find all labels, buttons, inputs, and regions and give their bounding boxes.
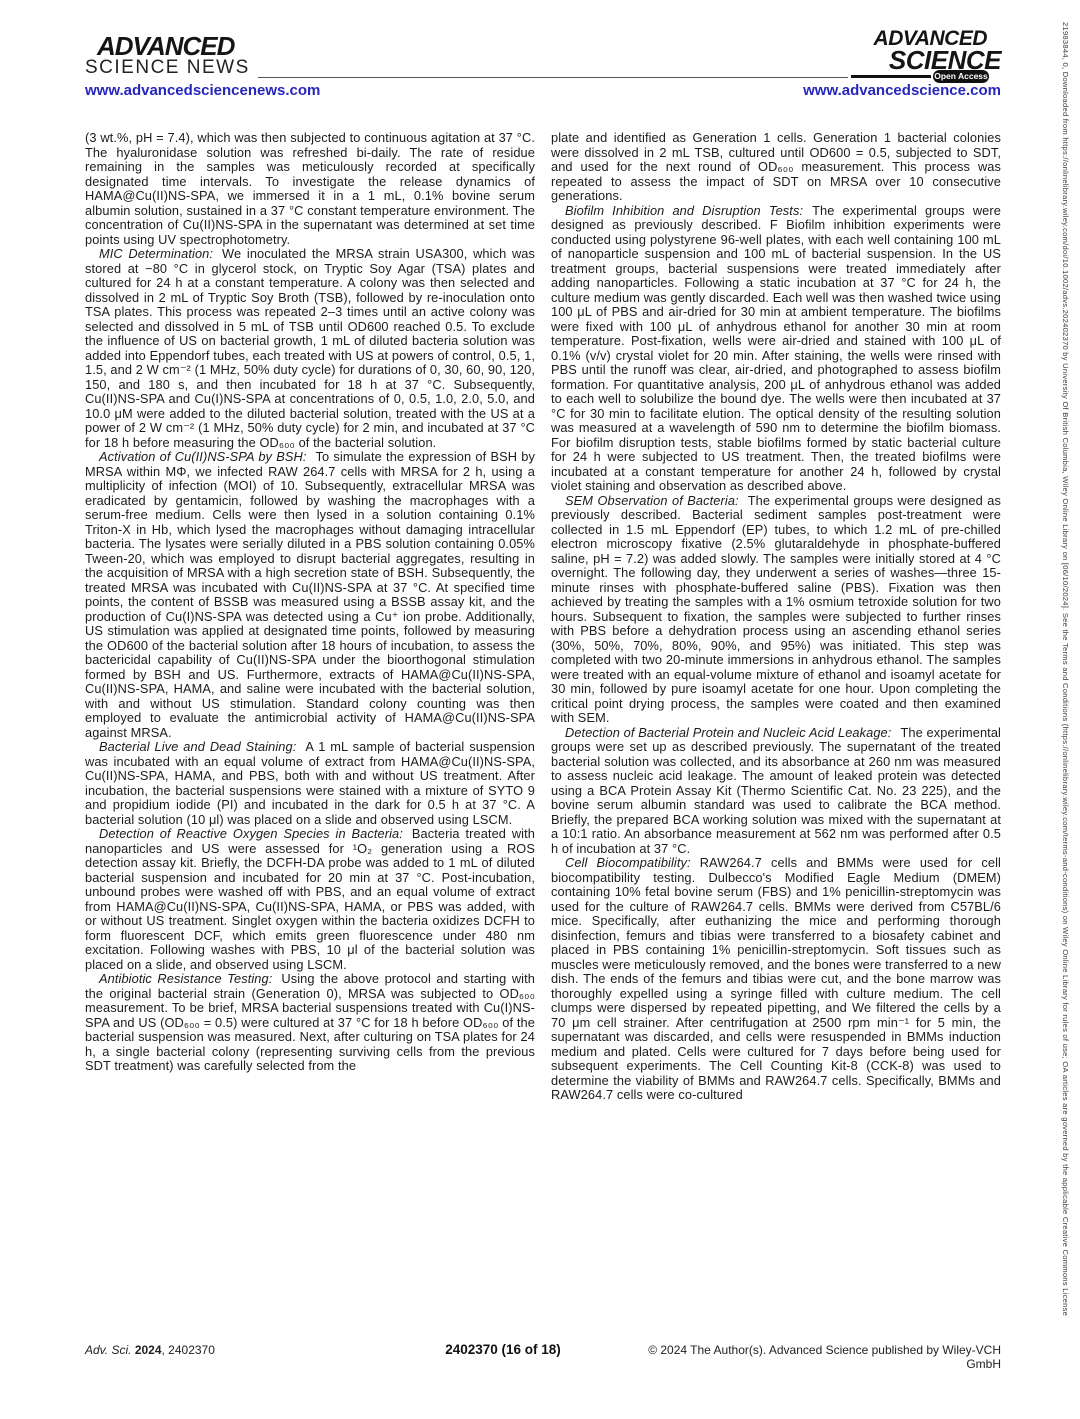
paragraph: SEM Observation of Bacteria:The experime… bbox=[551, 494, 1001, 726]
paragraph-text: RAW264.7 cells and BMMs were used for ce… bbox=[551, 855, 1001, 1102]
section-lead: Antibiotic Resistance Testing: bbox=[99, 971, 272, 986]
paragraph: Cell Biocompatibility:RAW264.7 cells and… bbox=[551, 856, 1001, 1103]
header-rule bbox=[258, 77, 848, 78]
logo-wordmark-science-news: SCIENCE NEWS bbox=[85, 58, 320, 77]
section-lead: Cell Biocompatibility: bbox=[565, 855, 691, 870]
footer-copyright: © 2024 The Author(s). Advanced Science p… bbox=[641, 1343, 1001, 1371]
paragraph: plate and identified as Generation 1 cel… bbox=[551, 131, 1001, 204]
advancedsciencenews-url-link[interactable]: www.advancedsciencenews.com bbox=[85, 82, 320, 99]
paragraph-text: The experimental groups were set up as d… bbox=[551, 725, 1001, 856]
logo-wordmark-science: SCIENCE bbox=[803, 49, 1001, 72]
page-footer: Adv. Sci. 2024, 2402370 2402370 (16 of 1… bbox=[85, 1342, 1001, 1371]
article-body: (3 wt.%, pH = 7.4), which was then subje… bbox=[85, 131, 1001, 1103]
paragraph-text: The experimental groups were designed as… bbox=[551, 493, 1001, 726]
footer-page-number: 2402370 (16 of 18) bbox=[365, 1342, 641, 1357]
right-column: plate and identified as Generation 1 cel… bbox=[551, 131, 1001, 1103]
paragraph: (3 wt.%, pH = 7.4), which was then subje… bbox=[85, 131, 535, 247]
page-header: ADVANCED SCIENCE NEWS www.advancedscienc… bbox=[85, 34, 1001, 114]
paragraph-text: The experimental groups were designed as… bbox=[551, 203, 1001, 494]
paragraph: MIC Determination:We inoculated the MRSA… bbox=[85, 247, 535, 450]
section-lead: Detection of Bacterial Protein and Nucle… bbox=[565, 725, 891, 740]
paragraph-text: plate and identified as Generation 1 cel… bbox=[551, 130, 1001, 203]
journal-year: 2024 bbox=[135, 1343, 162, 1357]
logo-wordmark-advanced: ADVANCED bbox=[85, 34, 320, 58]
paragraph: Detection of Reactive Oxygen Species in … bbox=[85, 827, 535, 972]
advanced-science-news-logo: ADVANCED SCIENCE NEWS www.advancedscienc… bbox=[85, 34, 320, 99]
section-lead: Bacterial Live and Dead Staining: bbox=[99, 739, 296, 754]
journal-abbrev: Adv. Sci. bbox=[85, 1343, 131, 1357]
side-citation-text: 21983844, 0, Downloaded from https://onl… bbox=[1061, 22, 1070, 1397]
paragraph: Biofilm Inhibition and Disruption Tests:… bbox=[551, 204, 1001, 494]
advanced-science-logo: ADVANCED SCIENCE www.advancedscience.com bbox=[803, 28, 1001, 99]
section-lead: Detection of Reactive Oxygen Species in … bbox=[99, 826, 403, 841]
article-number: , 2402370 bbox=[162, 1343, 215, 1357]
paragraph-text: Using the above protocol and starting wi… bbox=[85, 971, 535, 1073]
paragraph: Detection of Bacterial Protein and Nucle… bbox=[551, 726, 1001, 857]
paragraph-text: We inoculated the MRSA strain USA300, wh… bbox=[85, 246, 535, 450]
paragraph: Activation of Cu(II)NS-SPA by BSH:To sim… bbox=[85, 450, 535, 740]
section-lead: Biofilm Inhibition and Disruption Tests: bbox=[565, 203, 803, 218]
left-column: (3 wt.%, pH = 7.4), which was then subje… bbox=[85, 131, 535, 1103]
paragraph-text: To simulate the expression of BSH by MRS… bbox=[85, 449, 535, 740]
footer-journal-ref: Adv. Sci. 2024, 2402370 bbox=[85, 1343, 365, 1357]
section-lead: Activation of Cu(II)NS-SPA by BSH: bbox=[99, 449, 307, 464]
paragraph: Bacterial Live and Dead Staining:A 1 mL … bbox=[85, 740, 535, 827]
paragraph: Antibiotic Resistance Testing:Using the … bbox=[85, 972, 535, 1074]
section-lead: MIC Determination: bbox=[99, 246, 213, 261]
advancedscience-url-link[interactable]: www.advancedscience.com bbox=[803, 82, 1001, 99]
section-lead: SEM Observation of Bacteria: bbox=[565, 493, 739, 508]
paragraph-text: (3 wt.%, pH = 7.4), which was then subje… bbox=[85, 130, 535, 247]
paragraph-text: Bacteria treated with nanoparticles and … bbox=[85, 826, 535, 972]
